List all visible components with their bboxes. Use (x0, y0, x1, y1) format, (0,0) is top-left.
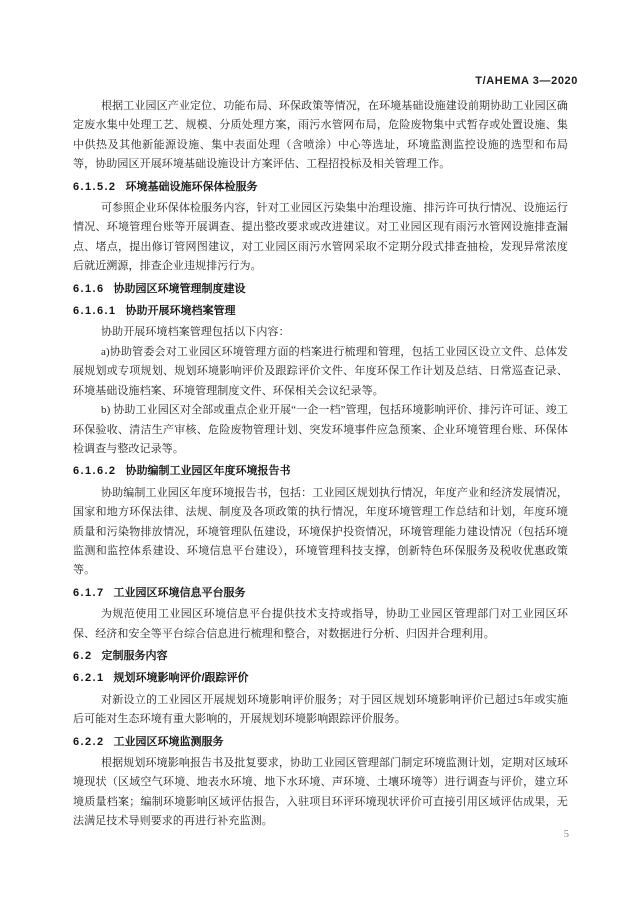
page-header: T/AHEMA 3—2020 (0, 75, 578, 87)
section-heading: 6.1.6.2协助编制工业园区年度环境报告书 (73, 462, 568, 481)
section-number: 6.2.2 (73, 736, 104, 748)
section-title: 工业园区环境监测服务 (113, 736, 223, 748)
section-heading: 6.1.5.2环境基础设施环保体检服务 (73, 178, 568, 197)
body-paragraph: 协助开展环境档案管理包括以下内容： (73, 323, 568, 342)
section-number: 6.1.5.2 (73, 181, 116, 193)
section-heading: 6.2定制服务内容 (73, 647, 568, 666)
section-number: 6.2.1 (73, 672, 104, 684)
body-paragraph: 对新设立的工业园区开展规划环境影响评价服务；对于园区规划环境影响评价已超过5年或… (73, 691, 568, 730)
page-number: 5 (564, 829, 569, 840)
section-title: 协助园区环境管理制度建设 (113, 283, 245, 295)
section-number: 6.2 (73, 650, 93, 662)
body-paragraph: 可参照企业环保体检服务内容，针对工业园区污染集中治理设施、排污许可执行情况、设施… (73, 199, 568, 277)
section-title: 工业园区环境信息平台服务 (113, 587, 245, 599)
standard-number: T/AHEMA 3—2020 (475, 75, 578, 87)
body-paragraph: b) 协助工业园区对全部或重点企业开展“一企一档”管理，包括环境影响评价、排污许… (73, 401, 568, 459)
section-number: 6.1.7 (73, 587, 104, 599)
body-paragraph: 根据工业园区产业定位、功能布局、环保政策等情况，在环境基础设施建设前期协助工业园… (73, 97, 568, 175)
section-title: 定制服务内容 (102, 650, 168, 662)
section-title: 协助编制工业园区年度环境报告书 (125, 465, 290, 477)
body-paragraph: a)协助管委会对工业园区环境管理方面的档案进行梳理和管理，包括工业园区设立文件、… (73, 343, 568, 401)
body-paragraph: 根据规划环境影响报告书及批复要求，协助工业园区管理部门制定环境监测计划，定期对区… (73, 754, 568, 832)
section-heading: 6.1.6协助园区环境管理制度建设 (73, 280, 568, 299)
page-footer: 5 (564, 829, 569, 840)
section-number: 6.1.6.1 (73, 305, 116, 317)
section-number: 6.1.6 (73, 283, 104, 295)
section-heading: 6.2.2工业园区环境监测服务 (73, 733, 568, 752)
body-paragraph: 为规范使用工业园区环境信息平台提供技术支持或指导，协助工业园区管理部门对工业园区… (73, 605, 568, 644)
section-title: 环境基础设施环保体检服务 (125, 181, 257, 193)
document-body: 根据工业园区产业定位、功能布局、环保政策等情况，在环境基础设施建设前期协助工业园… (73, 97, 568, 832)
body-paragraph: 协助编制工业园区年度环境报告书，包括：工业园区规划执行情况，年度产业和经济发展情… (73, 484, 568, 581)
section-heading: 6.2.1规划环境影响评价/跟踪评价 (73, 669, 568, 688)
section-heading: 6.1.7工业园区环境信息平台服务 (73, 584, 568, 603)
document-page: T/AHEMA 3—2020 根据工业园区产业定位、功能布局、环保政策等情况，在… (0, 0, 640, 905)
section-title: 协助开展环境档案管理 (125, 305, 235, 317)
section-title: 规划环境影响评价/跟踪评价 (113, 672, 248, 684)
section-heading: 6.1.6.1协助开展环境档案管理 (73, 302, 568, 321)
section-number: 6.1.6.2 (73, 465, 116, 477)
